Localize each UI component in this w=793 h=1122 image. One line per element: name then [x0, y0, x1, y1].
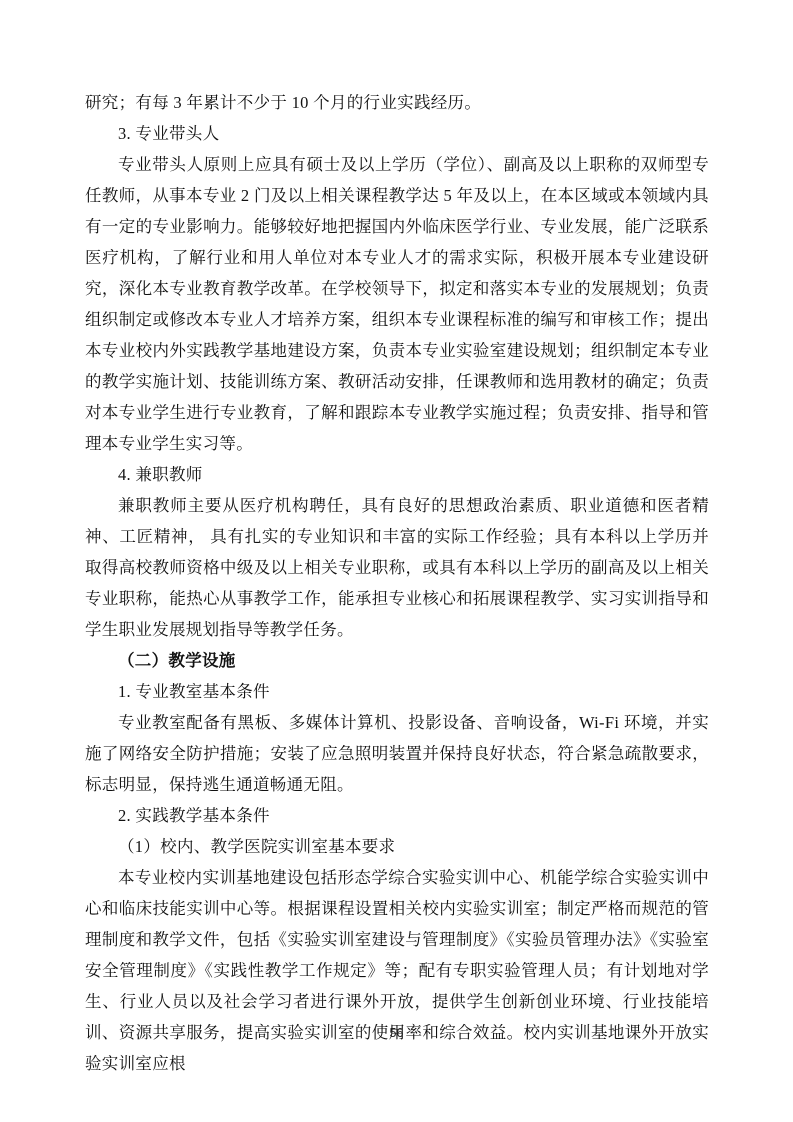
body-paragraph: 兼职教师主要从医疗机构聘任，具有良好的思想政治素质、职业道德和医者精神、工匠精神…: [85, 490, 709, 645]
section-heading: （二）教学设施: [85, 645, 709, 676]
numbered-heading-1: 1. 专业教室基本条件: [85, 676, 709, 707]
body-paragraph: 本专业校内实训基地建设包括形态学综合实验实训中心、机能学综合实验实训中心和临床技…: [85, 862, 709, 1079]
body-paragraph: 专业带头人原则上应具有硕士及以上学历（学位）、副高及以上职称的双师型专任教师，从…: [85, 149, 709, 459]
document-body: 研究；有每 3 年累计不少于 10 个月的行业实践经历。 3. 专业带头人 专业…: [85, 87, 709, 1079]
sub-heading: （1）校内、教学医院实训室基本要求: [85, 831, 709, 862]
body-paragraph: 专业教室配备有黑板、多媒体计算机、投影设备、音响设备，Wi-Fi 环境，并实施了…: [85, 707, 709, 800]
page-number: 56: [0, 1026, 793, 1040]
numbered-heading-3: 3. 专业带头人: [85, 118, 709, 149]
numbered-heading-2: 2. 实践教学基本条件: [85, 800, 709, 831]
numbered-heading-4: 4. 兼职教师: [85, 459, 709, 490]
paragraph-continuation: 研究；有每 3 年累计不少于 10 个月的行业实践经历。: [85, 87, 709, 118]
document-page: 研究；有每 3 年累计不少于 10 个月的行业实践经历。 3. 专业带头人 专业…: [0, 0, 793, 1122]
